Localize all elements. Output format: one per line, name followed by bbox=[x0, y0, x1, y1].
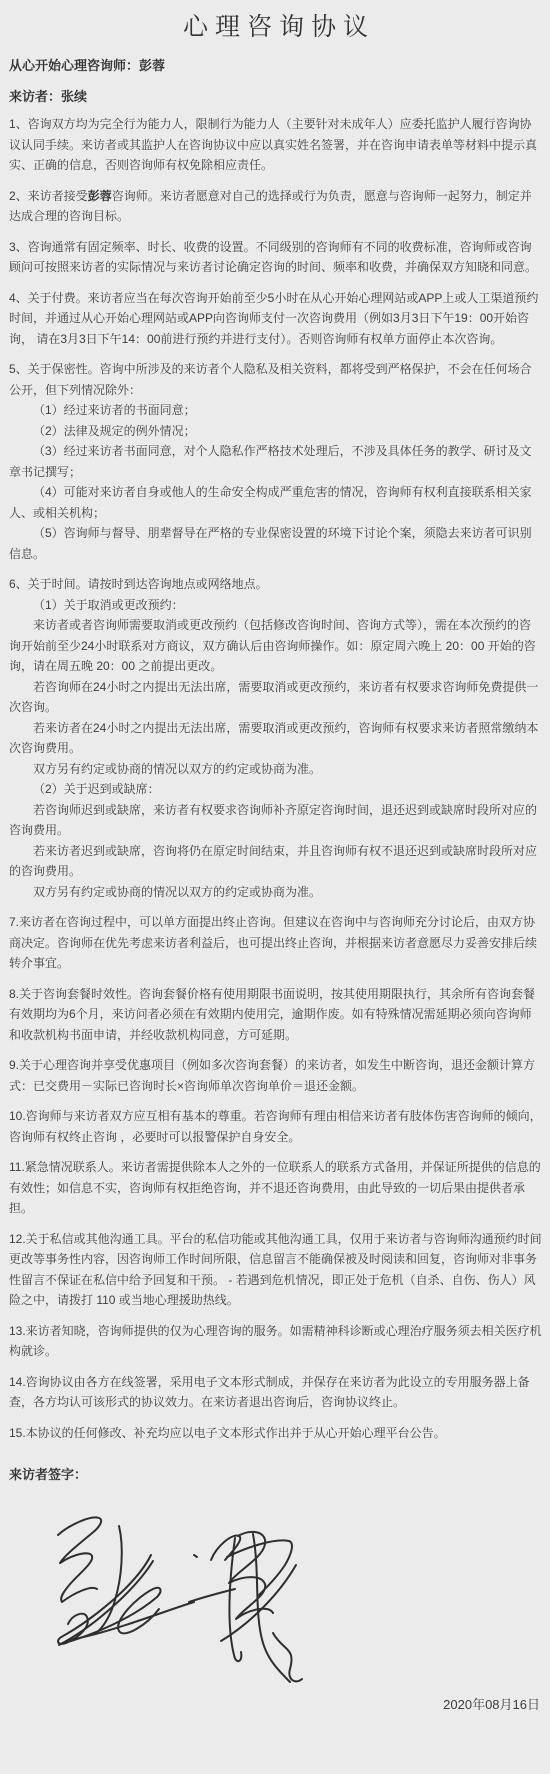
agreement-document: 心理咨询协议 从心开始心理咨询师：彭蓉 来访者：张续 1、咨询双方均为完全行为能… bbox=[0, 0, 550, 1774]
clause-text: （3）经过来访者书面同意，对个人隐私作严格技术处理后，不涉及具体任务的教学、研讨… bbox=[9, 444, 532, 479]
clause-text: 13.来访者知晓，咨询师提供的仅为心理咨询的服务。如需精神科诊断或心理治疗服务须… bbox=[9, 1324, 542, 1359]
counselor-name: 彭蓉 bbox=[139, 58, 165, 73]
clause-paragraph: 15.本协议的任何修改、补充均应以电子文本形式作出并于从心开始心理平台公告。 bbox=[9, 1423, 542, 1444]
clause-paragraph: 13.来访者知晓，咨询师提供的仅为心理咨询的服务。如需精神科诊断或心理治疗服务须… bbox=[9, 1321, 542, 1362]
clause-text: 3、咨询通常有固定频率、时长、收费的设置。不同级别的咨询师有不同的收费标准，咨询… bbox=[9, 240, 537, 275]
clause: 4、关于付费。来访者应当在每次咨询开始前至少5小时在从心开始心理网站或APP上或… bbox=[9, 288, 542, 350]
clause: 6、关于时间。请按时到达咨询地点或网络地点。（1）关于取消或更改预约：来访者或者… bbox=[9, 574, 542, 902]
clause-paragraph: 8.关于咨询套餐时效性。咨询套餐价格有使用期限书面说明，按其使用期限执行，其余所… bbox=[9, 984, 542, 1046]
clause-text: 来访者或者咨询师需要取消或更改预约（包括修改咨询时间、咨询方式等），需在本次预约… bbox=[9, 618, 536, 673]
clause-text: 若咨询师迟到或缺席，来访者有权要求咨询师补齐原定咨询时间，退还迟到或缺席时段所对… bbox=[9, 803, 537, 838]
clause-text: 14.咨询协议由各方在线签署，采用电子文本形式制成，并保存在来访者为此设立的专用… bbox=[9, 1375, 530, 1410]
clause-text: （2）法律及规定的例外情况； bbox=[33, 424, 196, 438]
clause: 7.来访者在咨询过程中，可以单方面提出终止咨询。但建议在咨询中与咨询师充分讨论后… bbox=[9, 912, 542, 974]
clause: 13.来访者知晓，咨询师提供的仅为心理咨询的服务。如需精神科诊断或心理治疗服务须… bbox=[9, 1321, 542, 1362]
counselor-label: 从心开始心理咨询师： bbox=[9, 58, 139, 73]
clause-text: （2）关于迟到或缺席： bbox=[33, 782, 160, 796]
clause: 5、关于保密性。咨询中所涉及的来访者个人隐私及相关资料，都将受到严格保护，不会在… bbox=[9, 359, 542, 564]
clause-paragraph: （2）关于迟到或缺席： bbox=[9, 779, 542, 800]
clause: 3、咨询通常有固定频率、时长、收费的设置。不同级别的咨询师有不同的收费标准，咨询… bbox=[9, 237, 542, 278]
clause-paragraph: 5、关于保密性。咨询中所涉及的来访者个人隐私及相关资料，都将受到严格保护，不会在… bbox=[9, 359, 542, 400]
clause-text: 2、来访者接受 bbox=[9, 189, 88, 203]
clause: 1、咨询双方均为完全行为能力人，限制行为能力人（主要针对未成年人）应委托监护人履… bbox=[9, 114, 542, 176]
clause-text: 双方另有约定或协商的情况以双方的约定或协商为准。 bbox=[33, 885, 321, 899]
clause-paragraph: 12.关于私信或其他沟通工具。平台的私信功能或其他沟通工具，仅用于来访者与咨询师… bbox=[9, 1229, 542, 1311]
clause-text: 双方另有约定或协商的情况以双方的约定或协商为准。 bbox=[33, 762, 321, 776]
clause: 12.关于私信或其他沟通工具。平台的私信功能或其他沟通工具，仅用于来访者与咨询师… bbox=[9, 1229, 542, 1311]
clause-paragraph: 3、咨询通常有固定频率、时长、收费的设置。不同级别的咨询师有不同的收费标准，咨询… bbox=[9, 237, 542, 278]
counselor-name-emphasis: 彭蓉 bbox=[88, 189, 112, 203]
clause-text: （1）经过来访者的书面同意； bbox=[33, 403, 196, 417]
clause-paragraph: （1）关于取消或更改预约： bbox=[9, 595, 542, 616]
clause-list: 1、咨询双方均为完全行为能力人，限制行为能力人（主要针对未成年人）应委托监护人履… bbox=[9, 114, 542, 1443]
clause-text: 7.来访者在咨询过程中，可以单方面提出终止咨询。但建议在咨询中与咨询师充分讨论后… bbox=[9, 915, 537, 970]
clause: 10.咨询师与来访者双方应互相有基本的尊重。若咨询师有理由相信来访者有肢体伤害咨… bbox=[9, 1106, 542, 1147]
clause-text: 若来访者迟到或缺席，咨询将仍在原定时间结束，并且咨询师有权不退还迟到或缺席时段所… bbox=[9, 844, 537, 879]
clause-paragraph: 4、关于付费。来访者应当在每次咨询开始前至少5小时在从心开始心理网站或APP上或… bbox=[9, 288, 542, 350]
clause-paragraph: 1、咨询双方均为完全行为能力人，限制行为能力人（主要针对未成年人）应委托监护人履… bbox=[9, 114, 542, 176]
clause-paragraph: 若咨询师在24小时之内提出无法出席，需要取消或更改预约，来访者有权要求咨询师免费… bbox=[9, 677, 542, 718]
clause-paragraph: 若来访者迟到或缺席，咨询将仍在原定时间结束，并且咨询师有权不退还迟到或缺席时段所… bbox=[9, 841, 542, 882]
clause-paragraph: （1）经过来访者的书面同意； bbox=[9, 400, 542, 421]
clause-text: 15.本协议的任何修改、补充均应以电子文本形式作出并于从心开始心理平台公告。 bbox=[9, 1426, 446, 1440]
signature-area bbox=[39, 1505, 319, 1695]
clause-paragraph: 若来访者在24小时之内提出无法出席，需要取消或更改预约，咨询师有权要求来访者照常… bbox=[9, 718, 542, 759]
clause-paragraph: （4）可能对来访者自身或他人的生命安全构成严重危害的情况，咨询师有权利直接联系相… bbox=[9, 482, 542, 523]
clause-paragraph: 6、关于时间。请按时到达咨询地点或网络地点。 bbox=[9, 574, 542, 595]
clause-text: （5）咨询师与督导、朋辈督导在严格的专业保密设置的环境下讨论个案，须隐去来访者可… bbox=[9, 526, 532, 561]
clause: 9.关于心理咨询并享受优惠项目（例如多次咨询套餐）的来访者，如发生中断咨询，退还… bbox=[9, 1055, 542, 1096]
clause-text: 若来访者在24小时之内提出无法出席，需要取消或更改预约，咨询师有权要求来访者照常… bbox=[9, 721, 538, 756]
clause-text: 1、咨询双方均为完全行为能力人，限制行为能力人（主要针对未成年人）应委托监护人履… bbox=[9, 117, 537, 172]
clause-text: 9.关于心理咨询并享受优惠项目（例如多次咨询套餐）的来访者，如发生中断咨询，退还… bbox=[9, 1058, 535, 1093]
clause-text: 6、关于时间。请按时到达咨询地点或网络地点。 bbox=[9, 577, 268, 591]
clause-paragraph: 双方另有约定或协商的情况以双方的约定或协商为准。 bbox=[9, 882, 542, 903]
clause-text: 4、关于付费。来访者应当在每次咨询开始前至少5小时在从心开始心理网站或APP上或… bbox=[9, 291, 538, 346]
clause-text: 11.紧急情况联系人。来访者需提供除本人之外的一位联系人的联系方式备用，并保证所… bbox=[9, 1160, 541, 1215]
clause-paragraph: 来访者或者咨询师需要取消或更改预约（包括修改咨询时间、咨询方式等），需在本次预约… bbox=[9, 615, 542, 677]
clause-paragraph: （2）法律及规定的例外情况； bbox=[9, 421, 542, 442]
clause-paragraph: 7.来访者在咨询过程中，可以单方面提出终止咨询。但建议在咨询中与咨询师充分讨论后… bbox=[9, 912, 542, 974]
clause-paragraph: 14.咨询协议由各方在线签署，采用电子文本形式制成，并保存在来访者为此设立的专用… bbox=[9, 1372, 542, 1413]
clause-paragraph: 2、来访者接受彭蓉咨询师。来访者愿意对自己的选择或行为负责，愿意与咨询师一起努力… bbox=[9, 186, 542, 227]
clause: 8.关于咨询套餐时效性。咨询套餐价格有使用期限书面说明，按其使用期限执行，其余所… bbox=[9, 984, 542, 1046]
signature-label: 来访者签字： bbox=[9, 1467, 542, 1483]
clause-text: 12.关于私信或其他沟通工具。平台的私信功能或其他沟通工具，仅用于来访者与咨询师… bbox=[9, 1232, 542, 1308]
clause: 15.本协议的任何修改、补充均应以电子文本形式作出并于从心开始心理平台公告。 bbox=[9, 1423, 542, 1444]
clause-paragraph: 9.关于心理咨询并享受优惠项目（例如多次咨询套餐）的来访者，如发生中断咨询，退还… bbox=[9, 1055, 542, 1096]
clause-paragraph: 双方另有约定或协商的情况以双方的约定或协商为准。 bbox=[9, 759, 542, 780]
clause-text: （1）关于取消或更改预约： bbox=[33, 598, 184, 612]
clause-text: 5、关于保密性。咨询中所涉及的来访者个人隐私及相关资料，都将受到严格保护，不会在… bbox=[9, 362, 532, 397]
clause-paragraph: 10.咨询师与来访者双方应互相有基本的尊重。若咨询师有理由相信来访者有肢体伤害咨… bbox=[9, 1106, 542, 1147]
counselor-line: 从心开始心理咨询师：彭蓉 bbox=[9, 58, 542, 74]
clause: 14.咨询协议由各方在线签署，采用电子文本形式制成，并保存在来访者为此设立的专用… bbox=[9, 1372, 542, 1413]
clause-text: 8.关于咨询套餐时效性。咨询套餐价格有使用期限书面说明，按其使用期限执行，其余所… bbox=[9, 987, 535, 1042]
client-label: 来访者： bbox=[9, 89, 61, 104]
date-label: 2020年08月16日 bbox=[9, 1697, 542, 1713]
clause: 2、来访者接受彭蓉咨询师。来访者愿意对自己的选择或行为负责，愿意与咨询师一起努力… bbox=[9, 186, 542, 227]
client-line: 来访者：张续 bbox=[9, 89, 542, 105]
clause-text: 10.咨询师与来访者双方应互相有基本的尊重。若咨询师有理由相信来访者有肢体伤害咨… bbox=[9, 1109, 542, 1144]
clause: 11.紧急情况联系人。来访者需提供除本人之外的一位联系人的联系方式备用，并保证所… bbox=[9, 1157, 542, 1219]
clause-paragraph: （3）经过来访者书面同意，对个人隐私作严格技术处理后，不涉及具体任务的教学、研讨… bbox=[9, 441, 542, 482]
clause-text: 若咨询师在24小时之内提出无法出席，需要取消或更改预约，来访者有权要求咨询师免费… bbox=[9, 680, 538, 715]
clause-text: （4）可能对来访者自身或他人的生命安全构成严重危害的情况，咨询师有权利直接联系相… bbox=[9, 485, 532, 520]
page-title: 心理咨询协议 bbox=[9, 12, 542, 42]
clause-paragraph: 11.紧急情况联系人。来访者需提供除本人之外的一位联系人的联系方式备用，并保证所… bbox=[9, 1157, 542, 1219]
clause-paragraph: 若咨询师迟到或缺席，来访者有权要求咨询师补齐原定咨询时间，退还迟到或缺席时段所对… bbox=[9, 800, 542, 841]
clause-paragraph: （5）咨询师与督导、朋辈督导在严格的专业保密设置的环境下讨论个案，须隐去来访者可… bbox=[9, 523, 542, 564]
client-name: 张续 bbox=[61, 89, 87, 104]
signature-image bbox=[39, 1505, 319, 1695]
